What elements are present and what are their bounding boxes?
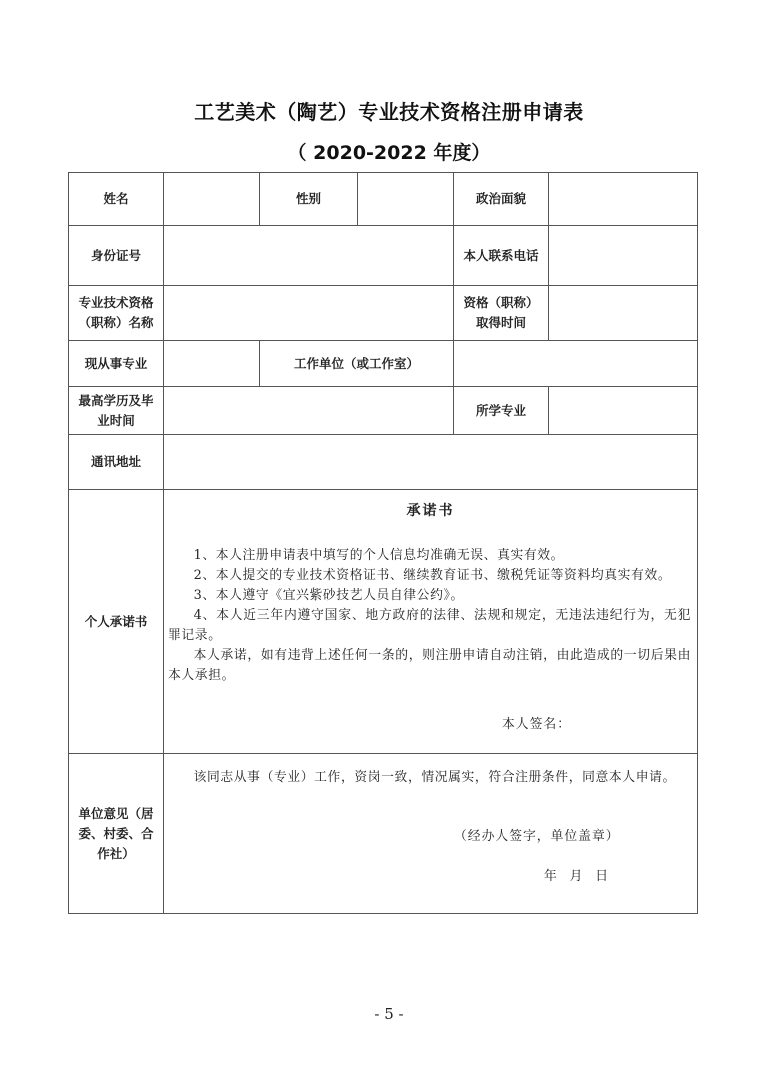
education-field[interactable] [164,387,454,435]
qualification-name-field[interactable] [164,286,454,341]
studied-major-field[interactable] [549,387,698,435]
current-major-field[interactable] [164,341,260,387]
gender-field[interactable] [358,173,454,226]
political-status-field[interactable] [549,173,698,226]
unit-opinion-label-line1: 单位意见（居 [69,804,163,824]
studied-major-label: 所学专业 [454,387,549,435]
id-number-label: 身份证号 [69,226,164,286]
phone-field[interactable] [549,226,698,286]
id-number-field[interactable] [164,226,454,286]
pledge-item-2: 2、本人提交的专业技术资格证书、继续教育证书、缴税凭证等资料均真实有效。 [168,566,691,586]
unit-opinion-label-line2: 委、村委、合 [69,824,163,844]
row-major-employer: 现从事专业 工作单位（或工作室） [69,341,698,387]
qualification-name-label: 专业技术资格 （职称）名称 [69,286,164,341]
date-placeholder[interactable]: 年 月 日 [544,866,697,888]
political-status-label: 政治面貌 [454,173,549,226]
education-label-line2: 业时间 [69,411,163,431]
pledge-commitment: 本人承诺，如有违背上述任何一条的，则注册申请自动注销，由此造成的一切后果由本人承… [168,646,691,686]
qualification-name-label-line1: 专业技术资格 [69,293,163,313]
row-education: 最高学历及毕 业时间 所学专业 [69,387,698,435]
pledge-label: 个人承诺书 [69,490,164,754]
qualification-time-label-line1: 资格（职称） [454,293,548,313]
education-label-line1: 最高学历及毕 [69,391,163,411]
row-id-phone: 身份证号 本人联系电话 [69,226,698,286]
signature-label[interactable]: 本人签名： [502,714,697,736]
row-pledge: 个人承诺书 承诺书 1、本人注册申请表中填写的个人信息均准确无误、真实有效。 2… [69,490,698,754]
gender-label: 性别 [260,173,358,226]
unit-opinion-content: 该同志从事（专业）工作，资岗一致，情况属实，符合注册条件，同意本人申请。 （经办… [164,754,698,914]
current-major-label: 现从事专业 [69,341,164,387]
unit-opinion-label-line3: 作社） [69,844,163,864]
page-number: - 5 - [0,1005,778,1023]
row-name-gender-political: 姓名 性别 政治面貌 [69,173,698,226]
address-label: 通讯地址 [69,435,164,490]
document-title: 工艺美术（陶艺）专业技术资格注册申请表 [0,96,778,125]
address-field[interactable] [164,435,698,490]
row-address: 通讯地址 [69,435,698,490]
row-qualification: 专业技术资格 （职称）名称 资格（职称） 取得时间 [69,286,698,341]
pledge-content: 承诺书 1、本人注册申请表中填写的个人信息均准确无误、真实有效。 2、本人提交的… [164,490,698,754]
qualification-time-label-line2: 取得时间 [454,313,548,333]
stamp-note: （经办人签字，单位盖章） [454,826,697,848]
registration-form-table: 姓名 性别 政治面貌 身份证号 本人联系电话 专业技术资格 （职称）名称 资格（… [68,172,698,914]
qualification-time-field[interactable] [549,286,698,341]
name-field[interactable] [164,173,260,226]
employer-label: 工作单位（或工作室） [260,341,454,387]
pledge-item-4: 4、本人近三年内遵守国家、地方政府的法律、法规和规定，无违法违纪行为，无犯罪记录… [168,606,691,646]
pledge-item-3: 3、本人遵守《宜兴紫砂技艺人员自律公约》。 [168,586,691,606]
unit-opinion-text: 该同志从事（专业）工作，资岗一致，情况属实，符合注册条件，同意本人申请。 [168,768,691,788]
row-unit-opinion: 单位意见（居 委、村委、合 作社） 该同志从事（专业）工作，资岗一致，情况属实，… [69,754,698,914]
qualification-name-label-line2: （职称）名称 [69,313,163,333]
document-subtitle: （ 2020-2022 年度） [0,138,778,165]
name-label: 姓名 [69,173,164,226]
education-label: 最高学历及毕 业时间 [69,387,164,435]
qualification-time-label: 资格（职称） 取得时间 [454,286,549,341]
employer-field[interactable] [454,341,698,387]
unit-opinion-label: 单位意见（居 委、村委、合 作社） [69,754,164,914]
pledge-heading: 承诺书 [164,500,697,522]
pledge-item-1: 1、本人注册申请表中填写的个人信息均准确无误、真实有效。 [168,546,691,566]
phone-label: 本人联系电话 [454,226,549,286]
